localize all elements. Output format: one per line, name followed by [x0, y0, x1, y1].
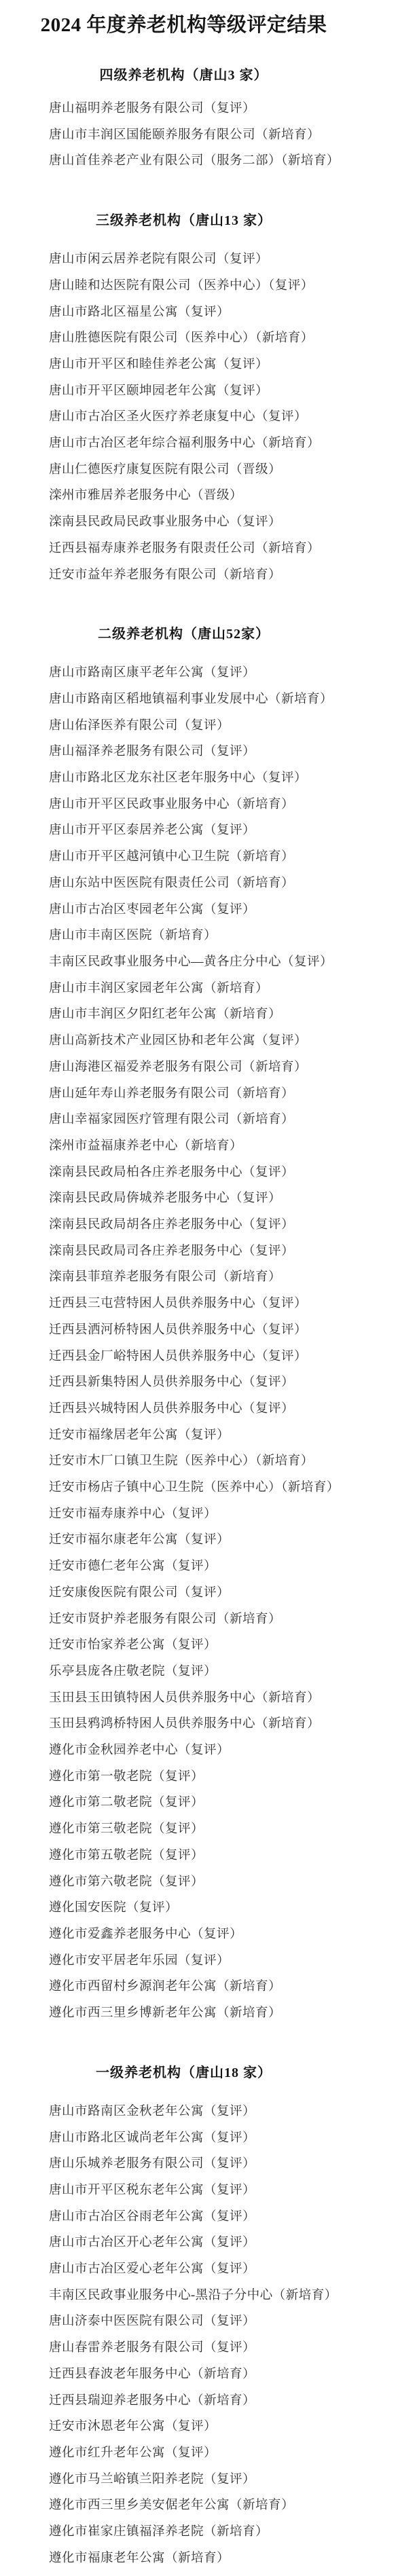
facility-item: 唐山东站中医医院有限责任公司（新培育）: [0, 870, 415, 897]
facility-item: 唐山延年寿山养老服务有限公司（新培育）: [0, 1081, 415, 1107]
rating-section: 二级养老机构（唐山52家） 唐山市路南区康平老年公寓（复评）唐山市路南区稻地镇福…: [0, 625, 415, 2027]
facility-item: 遵化市西留村乡源润老年公寓（新培育）: [0, 1974, 415, 2000]
facility-item: 遵化市第六敬老院（复评）: [0, 1869, 415, 1896]
facility-item: 唐山市丰润区夕阳红老年公寓（新培育）: [0, 1001, 415, 1028]
facility-item: 唐山市闲云居养老院有限公司（复评）: [0, 246, 415, 273]
facility-item: 滦南县民政局胡各庄养老服务中心（复评）: [0, 1212, 415, 1238]
facility-item: 唐山市古冶区谷雨老年公寓（复评）: [0, 2204, 415, 2230]
facility-item: 滦州市益福康养老中心（新培育）: [0, 1133, 415, 1160]
section-heading: 二级养老机构（唐山52家）: [0, 625, 367, 644]
facility-item: 迁安市贤护养老服务有限公司（新培育）: [0, 1606, 415, 1633]
facility-item: 唐山市丰南区医院（新培育）: [0, 923, 415, 949]
facility-item: 唐山睦和达医院有限公司（医养中心）（复评）: [0, 273, 415, 299]
facility-item: 迁西县新集特困人员供养服务中心（复评）: [0, 1369, 415, 1396]
facility-item: 唐山市古冶区爱心老年公寓（复评）: [0, 2256, 415, 2283]
facility-item: 唐山市开平区泰居养老公寓（复评）: [0, 817, 415, 844]
facility-item: 唐山佑泽医养有限公司（复评）: [0, 713, 415, 739]
facility-item: 乐亭县庞各庄敬老院（复评）: [0, 1659, 415, 1685]
facility-item: 唐山市路北区诚尚老年公寓（复评）: [0, 2125, 415, 2152]
section-heading: 四级养老机构（唐山3 家）: [0, 66, 367, 85]
facility-item: 遵化市第三敬老院（复评）: [0, 1816, 415, 1843]
facility-item: 滦南县菲瑄养老服务有限公司（新培育）: [0, 1264, 415, 1291]
facility-item: 唐山市开平区民政事业服务中心（新培育）: [0, 792, 415, 818]
facility-item: 唐山市丰润区家园老年公寓（新培育）: [0, 976, 415, 1002]
facility-item: 唐山市路北区福星公寓（复评）: [0, 299, 415, 326]
facility-item: 玉田县鸦鸿桥特困人员供养服务中心（新培育）: [0, 1711, 415, 1737]
rating-section: 三级养老机构（唐山13 家） 唐山市闲云居养老院有限公司（复评）唐山睦和达医院有…: [0, 211, 415, 588]
facility-item: 迁西县洒河桥特困人员供养服务中心（复评）: [0, 1317, 415, 1344]
section-heading: 一级养老机构（唐山18 家）: [0, 2063, 367, 2082]
facility-item: 唐山市开平区颐坤园老年公寓（复评）: [0, 378, 415, 405]
facility-item: 唐山高新技术产业园区协和老年公寓（复评）: [0, 1028, 415, 1054]
facility-item: 丰南区民政事业服务中心—黄各庄分中心（复评）: [0, 949, 415, 976]
facility-item: 遵化市第二敬老院（复评）: [0, 1790, 415, 1816]
facility-item: 唐山幸福家园医疗管理有限公司（新培育）: [0, 1107, 415, 1133]
document-page: 2024 年度养老机构等级评定结果 四级养老机构（唐山3 家） 唐山福明养老服务…: [0, 0, 415, 2576]
facility-item: 迁西县瑞迎养老服务中心（新培育）: [0, 2388, 415, 2414]
facility-item: 遵化市福康老年公寓（新培育）: [0, 2545, 415, 2572]
facility-item: 迁安市怡家养老公寓（复评）: [0, 1632, 415, 1659]
facility-item: 滦南县民政局司各庄养老服务中心（复评）: [0, 1238, 415, 1265]
facility-item: 迁安市福缘居老年公寓（复评）: [0, 1422, 415, 1449]
facility-item: 唐山市开平区税东老年公寓（复评）: [0, 2177, 415, 2204]
facility-item: 唐山市路南区稻地镇福利事业发展中心（新培育）: [0, 686, 415, 713]
facility-item: 唐山市丰润区国能颐养服务有限公司（新培育）: [0, 122, 415, 149]
facility-item: 迁西县兴城特困人员供养服务中心（复评）: [0, 1396, 415, 1422]
facility-item: 遵化市红升老年公寓（复评）: [0, 2440, 415, 2467]
facility-item: 唐山市古冶区圣火医疗养老康复中心（复评）: [0, 404, 415, 430]
facility-item: 迁安市福尔康老年公寓（复评）: [0, 1527, 415, 1553]
facility-list: 唐山市路南区金秋老年公寓（复评）唐山市路北区诚尚老年公寓（复评）唐山乐城养老服务…: [0, 2099, 415, 2572]
facility-item: 唐山乐城养老服务有限公司（复评）: [0, 2151, 415, 2177]
facility-item: 滦南县民政局倴城养老服务中心（复评）: [0, 1185, 415, 1212]
facility-item: 遵化市第一敬老院（复评）: [0, 1764, 415, 1790]
facility-item: 遵化市安平居老年乐园（复评）: [0, 1948, 415, 1974]
facility-item: 唐山市开平区越河镇中心卫生院（新培育）: [0, 844, 415, 870]
facility-item: 玉田县玉田镇特困人员供养服务中心（新培育）: [0, 1685, 415, 1712]
facility-item: 迁安市沐恩老年公寓（复评）: [0, 2414, 415, 2440]
facility-item: 遵化市第五敬老院（复评）: [0, 1843, 415, 1869]
facility-item: 迁安市益年养老服务有限公司（新培育）: [0, 562, 415, 589]
facility-item: 遵化市马兰峪镇兰阳养老院（复评）: [0, 2467, 415, 2493]
facility-item: 滦南县民政局民政事业服务中心（复评）: [0, 509, 415, 536]
facility-item: 唐山市古冶区枣园老年公寓（复评）: [0, 897, 415, 923]
facility-item: 遵化国安医院（复评）: [0, 1895, 415, 1921]
facility-item: 遵化市西三里乡博新老年公寓（新培育）: [0, 2000, 415, 2027]
facility-item: 唐山市路北区龙东社区老年服务中心（复评）: [0, 765, 415, 792]
facility-item: 唐山市古冶区开心老年公寓（复评）: [0, 2230, 415, 2256]
facility-item: 迁安市福寿康养中心（复评）: [0, 1501, 415, 1528]
facility-list: 唐山福明养老服务有限公司（复评）唐山市丰润区国能颐养服务有限公司（新培育）唐山首…: [0, 96, 415, 174]
facility-item: 迁西县三屯营特困人员供养服务中心（复评）: [0, 1291, 415, 1317]
facility-item: 迁安市德仁老年公寓（复评）: [0, 1553, 415, 1580]
facility-item: 滦州市雅居养老服务中心（晋级）: [0, 483, 415, 509]
facility-item: 唐山市路南区康平老年公寓（复评）: [0, 660, 415, 686]
facility-item: 唐山胜德医院有限公司（医养中心）（新培育）: [0, 325, 415, 352]
rating-section: 四级养老机构（唐山3 家） 唐山福明养老服务有限公司（复评）唐山市丰润区国能颐养…: [0, 66, 415, 174]
facility-list: 唐山市闲云居养老院有限公司（复评）唐山睦和达医院有限公司（医养中心）（复评）唐山…: [0, 246, 415, 588]
facility-item: 滦南县民政局柏各庄养老服务中心（复评）: [0, 1160, 415, 1186]
facility-item: 唐山春雷养老服务有限公司（复评）: [0, 2335, 415, 2361]
facility-item: 遵化市崔家庄镇福泽养老院（新培育）: [0, 2519, 415, 2545]
page-title: 2024 年度养老机构等级评定结果: [0, 12, 367, 38]
rating-section: 一级养老机构（唐山18 家） 唐山市路南区金秋老年公寓（复评）唐山市路北区诚尚老…: [0, 2063, 415, 2572]
facility-item: 迁安康俊医院有限公司（复评）: [0, 1580, 415, 1606]
facility-item: 迁安市杨店子镇中心卫生院（医养中心）（新培育）: [0, 1475, 415, 1501]
facility-item: 遵化市金秋园养老中心（复评）: [0, 1737, 415, 1764]
facility-item: 唐山仁德医疗康复医院有限公司（晋级）: [0, 457, 415, 483]
facility-item: 唐山海港区福爱养老服务有限公司（新培育）: [0, 1054, 415, 1081]
facility-item: 唐山济泰中医医院有限公司（复评）: [0, 2308, 415, 2335]
facility-item: 迁西县金厂峪特困人员供养服务中心（复评）: [0, 1344, 415, 1370]
facility-item: 迁安市木厂口镇卫生院（医养中心）（新培育）: [0, 1448, 415, 1475]
facility-item: 迁西县春波老年服务中心（新培育）: [0, 2361, 415, 2388]
facility-item: 遵化市爱鑫养老服务中心（复评）: [0, 1921, 415, 1948]
facility-item: 唐山市路南区金秋老年公寓（复评）: [0, 2099, 415, 2125]
facility-item: 唐山市开平区和睦佳养老公寓（复评）: [0, 352, 415, 378]
facility-item: 唐山市古冶区老年综合福利服务中心（新培育）: [0, 430, 415, 457]
facility-item: 丰南区民政事业服务中心-黑沿子分中心（新培育）: [0, 2283, 415, 2309]
facility-item: 唐山福泽养老服务有限公司（复评）: [0, 739, 415, 765]
facility-item: 迁西县福寿康养老服务有限责任公司（新培育）: [0, 536, 415, 562]
sections: 四级养老机构（唐山3 家） 唐山福明养老服务有限公司（复评）唐山市丰润区国能颐养…: [0, 66, 415, 2571]
facility-list: 唐山市路南区康平老年公寓（复评）唐山市路南区稻地镇福利事业发展中心（新培育）唐山…: [0, 660, 415, 2027]
facility-item: 遵化市西三里乡美安倨老年公寓（新培育）: [0, 2492, 415, 2519]
facility-item: 唐山首佳养老产业有限公司（服务二部）（新培育）: [0, 148, 415, 174]
facility-item: 唐山福明养老服务有限公司（复评）: [0, 96, 415, 122]
section-heading: 三级养老机构（唐山13 家）: [0, 211, 367, 230]
